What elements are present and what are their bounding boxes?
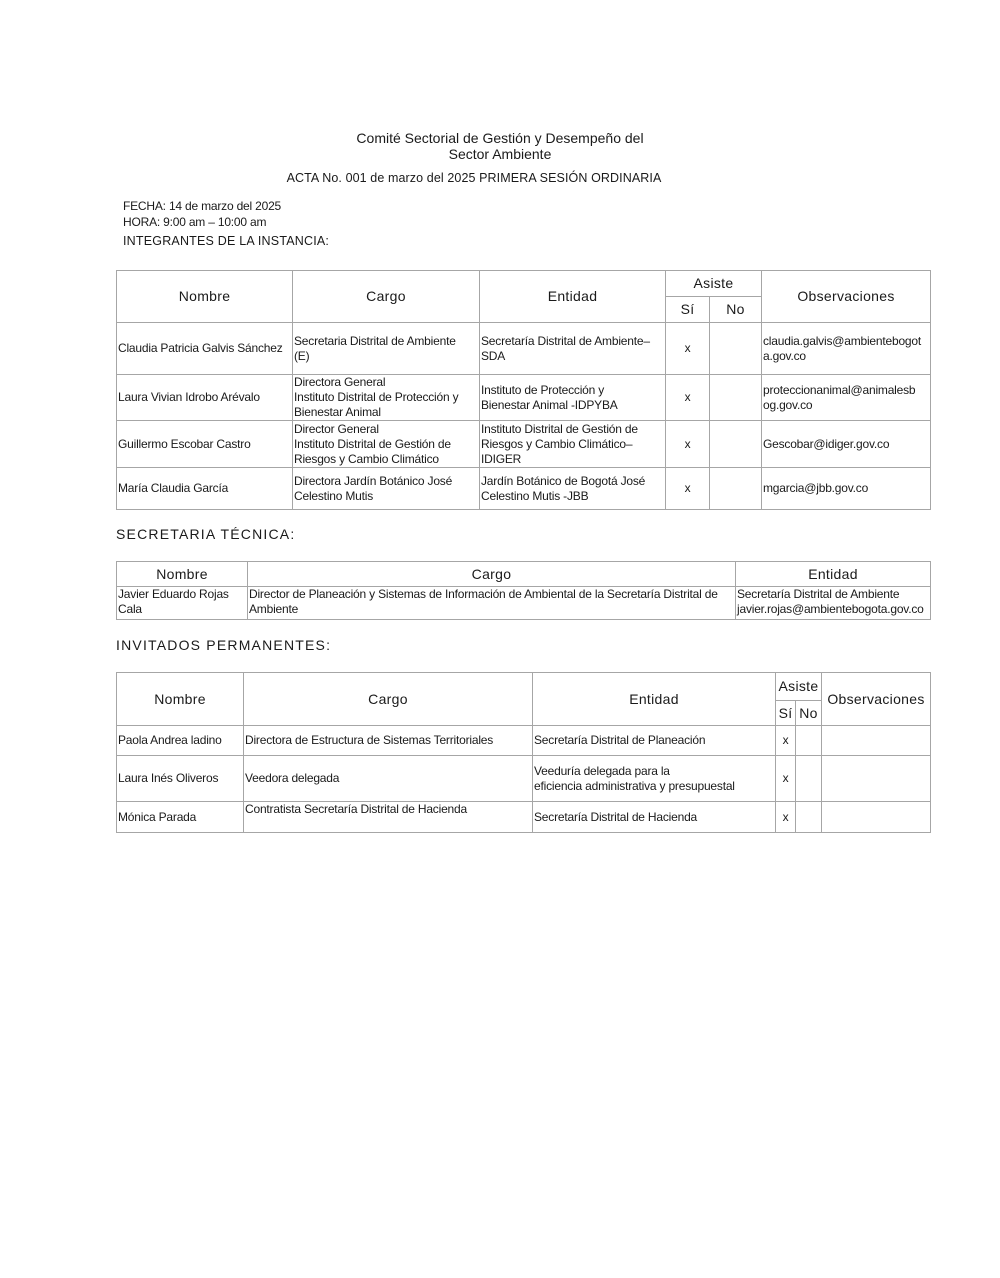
table-row: Paola Andrea ladinoDirectora de Estructu… — [117, 726, 931, 756]
entidad-cell-line: Instituto Distrital de Gestión de — [481, 422, 664, 437]
cargo-cell: Contratista Secretaría Distrital de Haci… — [244, 802, 533, 833]
entidad-cell-line: Riesgos y Cambio Climático– — [481, 437, 664, 452]
cargo-cell-line: Director de Planeación y Sistemas de Inf… — [249, 587, 734, 602]
col-si: Sí — [776, 701, 796, 726]
col-entidad: Entidad — [736, 562, 931, 587]
cargo-cell-line: Bienestar Animal — [294, 405, 478, 420]
integrantes-label: INTEGRANTES DE LA INSTANCIA: — [123, 234, 329, 248]
cargo-cell-line: (E) — [294, 349, 478, 364]
col-no: No — [796, 701, 822, 726]
integrantes-table: Nombre Cargo Entidad Asiste Observacione… — [116, 270, 931, 510]
observaciones-cell — [822, 756, 931, 802]
entidad-cell-line: Secretaría Distrital de Ambiente — [737, 587, 929, 602]
col-asiste: Asiste — [666, 271, 762, 297]
observaciones-cell — [822, 726, 931, 756]
table-row: Laura Inés OliverosVeedora delegadaVeedu… — [117, 756, 931, 802]
cargo-cell-line: Secretaria Distrital de Ambiente — [294, 334, 478, 349]
invitados-permanentes-label: INVITADOS PERMANENTES: — [116, 637, 331, 653]
asiste-no-cell — [710, 323, 762, 375]
col-cargo: Cargo — [244, 673, 533, 726]
col-observaciones: Observaciones — [822, 673, 931, 726]
observaciones-cell-line: a.gov.co — [763, 349, 929, 364]
asiste-no-cell — [710, 468, 762, 510]
asiste-no-cell — [710, 375, 762, 421]
table-row: Mónica ParadaContratista Secretaría Dist… — [117, 802, 931, 833]
nombre-cell: Javier Eduardo RojasCala — [117, 587, 248, 620]
entidad-cell: Jardín Botánico de Bogotá JoséCelestino … — [480, 468, 666, 510]
table-row: Javier Eduardo RojasCalaDirector de Plan… — [117, 587, 931, 620]
entidad-cell: Secretaría Distrital de Ambiente–SDA — [480, 323, 666, 375]
col-nombre: Nombre — [117, 271, 293, 323]
entidad-cell: Secretaría Distrital de Ambientejavier.r… — [736, 587, 931, 620]
cargo-cell-line: Ambiente — [249, 602, 734, 617]
asiste-si-cell: x — [666, 375, 710, 421]
table-row: Laura Vivian Idrobo ArévaloDirectora Gen… — [117, 375, 931, 421]
entidad-cell-line: Bienestar Animal -IDPYBA — [481, 398, 664, 413]
asiste-si-cell: x — [666, 323, 710, 375]
nombre-cell: Paola Andrea ladino — [117, 726, 244, 756]
col-no: No — [710, 297, 762, 323]
col-si: Sí — [666, 297, 710, 323]
entidad-cell-line: IDIGER — [481, 452, 664, 467]
asiste-no-cell — [796, 726, 822, 756]
cargo-cell: Directora de Estructura de Sistemas Terr… — [244, 726, 533, 756]
table-row: Guillermo Escobar CastroDirector General… — [117, 421, 931, 468]
nombre-cell: María Claudia García — [117, 468, 293, 510]
col-entidad: Entidad — [480, 271, 666, 323]
asiste-si-cell: x — [776, 756, 796, 802]
nombre-cell-line: Cala — [118, 602, 246, 617]
nombre-cell: Guillermo Escobar Castro — [117, 421, 293, 468]
asiste-si-cell: x — [776, 802, 796, 833]
fecha-text: FECHA: 14 de marzo del 2025 — [123, 199, 281, 213]
cargo-cell: Directora GeneralInstituto Distrital de … — [293, 375, 480, 421]
nombre-cell: Mónica Parada — [117, 802, 244, 833]
cargo-cell: Secretaria Distrital de Ambiente(E) — [293, 323, 480, 375]
cargo-cell-line: Directora Jardín Botánico José — [294, 474, 478, 489]
document-title-line1: Comité Sectorial de Gestión y Desempeño … — [0, 130, 1000, 146]
asiste-si-cell: x — [776, 726, 796, 756]
entidad-cell-line: Veeduría delegada para la — [534, 764, 774, 779]
observaciones-cell: claudia.galvis@ambientebogota.gov.co — [762, 323, 931, 375]
asiste-no-cell — [710, 421, 762, 468]
observaciones-cell: proteccionanimal@animalesbog.gov.co — [762, 375, 931, 421]
cargo-cell-line: Riesgos y Cambio Climático — [294, 452, 478, 467]
col-nombre: Nombre — [117, 562, 248, 587]
observaciones-cell: Gescobar@idiger.gov.co — [762, 421, 931, 468]
nombre-cell: Laura Inés Oliveros — [117, 756, 244, 802]
secretaria-tecnica-label: SECRETARIA TÉCNICA: — [116, 526, 295, 542]
col-cargo: Cargo — [293, 271, 480, 323]
asiste-si-cell: x — [666, 468, 710, 510]
observaciones-cell-line: mgarcia@jbb.gov.co — [763, 481, 929, 496]
cargo-cell: Directora Jardín Botánico JoséCelestino … — [293, 468, 480, 510]
observaciones-cell-line: proteccionanimal@animalesb — [763, 383, 929, 398]
entidad-cell-line: Instituto de Protección y — [481, 383, 664, 398]
entidad-cell: Veeduría delegada para laeficiencia admi… — [533, 756, 776, 802]
observaciones-cell-line: og.gov.co — [763, 398, 929, 413]
cargo-cell: Veedora delegada — [244, 756, 533, 802]
col-cargo: Cargo — [248, 562, 736, 587]
asiste-no-cell — [796, 756, 822, 802]
nombre-cell: Laura Vivian Idrobo Arévalo — [117, 375, 293, 421]
entidad-cell: Instituto de Protección yBienestar Anima… — [480, 375, 666, 421]
asiste-si-cell: x — [666, 421, 710, 468]
entidad-cell-line: Secretaría Distrital de Ambiente– — [481, 334, 664, 349]
entidad-cell-line: Secretaría Distrital de Planeación — [534, 733, 774, 748]
entidad-cell-line: Secretaría Distrital de Hacienda — [534, 810, 774, 825]
secretaria-tecnica-table: Nombre Cargo Entidad Javier Eduardo Roja… — [116, 561, 931, 620]
entidad-cell-line: eficiencia administrativa y presupuestal — [534, 779, 774, 794]
cargo-cell-line: Directora General — [294, 375, 478, 390]
hora-text: HORA: 9:00 am – 10:00 am — [123, 215, 266, 229]
cargo-cell-line: Celestino Mutis — [294, 489, 478, 504]
cargo-cell: Director de Planeación y Sistemas de Inf… — [248, 587, 736, 620]
cargo-cell-line: Instituto Distrital de Protección y — [294, 390, 478, 405]
observaciones-cell-line: claudia.galvis@ambientebogot — [763, 334, 929, 349]
entidad-cell-line: Celestino Mutis -JBB — [481, 489, 664, 504]
cargo-cell: Director GeneralInstituto Distrital de G… — [293, 421, 480, 468]
nombre-cell-line: Javier Eduardo Rojas — [118, 587, 246, 602]
observaciones-cell-line: Gescobar@idiger.gov.co — [763, 437, 929, 452]
cargo-cell-line: Director General — [294, 422, 478, 437]
entidad-cell-line: Jardín Botánico de Bogotá José — [481, 474, 664, 489]
entidad-cell: Secretaría Distrital de Hacienda — [533, 802, 776, 833]
entidad-cell: Secretaría Distrital de Planeación — [533, 726, 776, 756]
invitados-table: Nombre Cargo Entidad Asiste Observacione… — [116, 672, 931, 833]
acta-heading: ACTA No. 001 de marzo del 2025 PRIMERA S… — [0, 171, 948, 185]
col-observaciones: Observaciones — [762, 271, 931, 323]
entidad-cell: Instituto Distrital de Gestión deRiesgos… — [480, 421, 666, 468]
nombre-cell: Claudia Patricia Galvis Sánchez — [117, 323, 293, 375]
document-title-line2: Sector Ambiente — [0, 146, 1000, 162]
table-row: María Claudia GarcíaDirectora Jardín Bot… — [117, 468, 931, 510]
observaciones-cell — [822, 802, 931, 833]
col-nombre: Nombre — [117, 673, 244, 726]
entidad-cell-line: SDA — [481, 349, 664, 364]
table-row: Claudia Patricia Galvis SánchezSecretari… — [117, 323, 931, 375]
asiste-no-cell — [796, 802, 822, 833]
col-asiste: Asiste — [776, 673, 822, 701]
observaciones-cell: mgarcia@jbb.gov.co — [762, 468, 931, 510]
entidad-cell-line: javier.rojas@ambientebogota.gov.co — [737, 602, 929, 617]
col-entidad: Entidad — [533, 673, 776, 726]
cargo-cell-line: Instituto Distrital de Gestión de — [294, 437, 478, 452]
